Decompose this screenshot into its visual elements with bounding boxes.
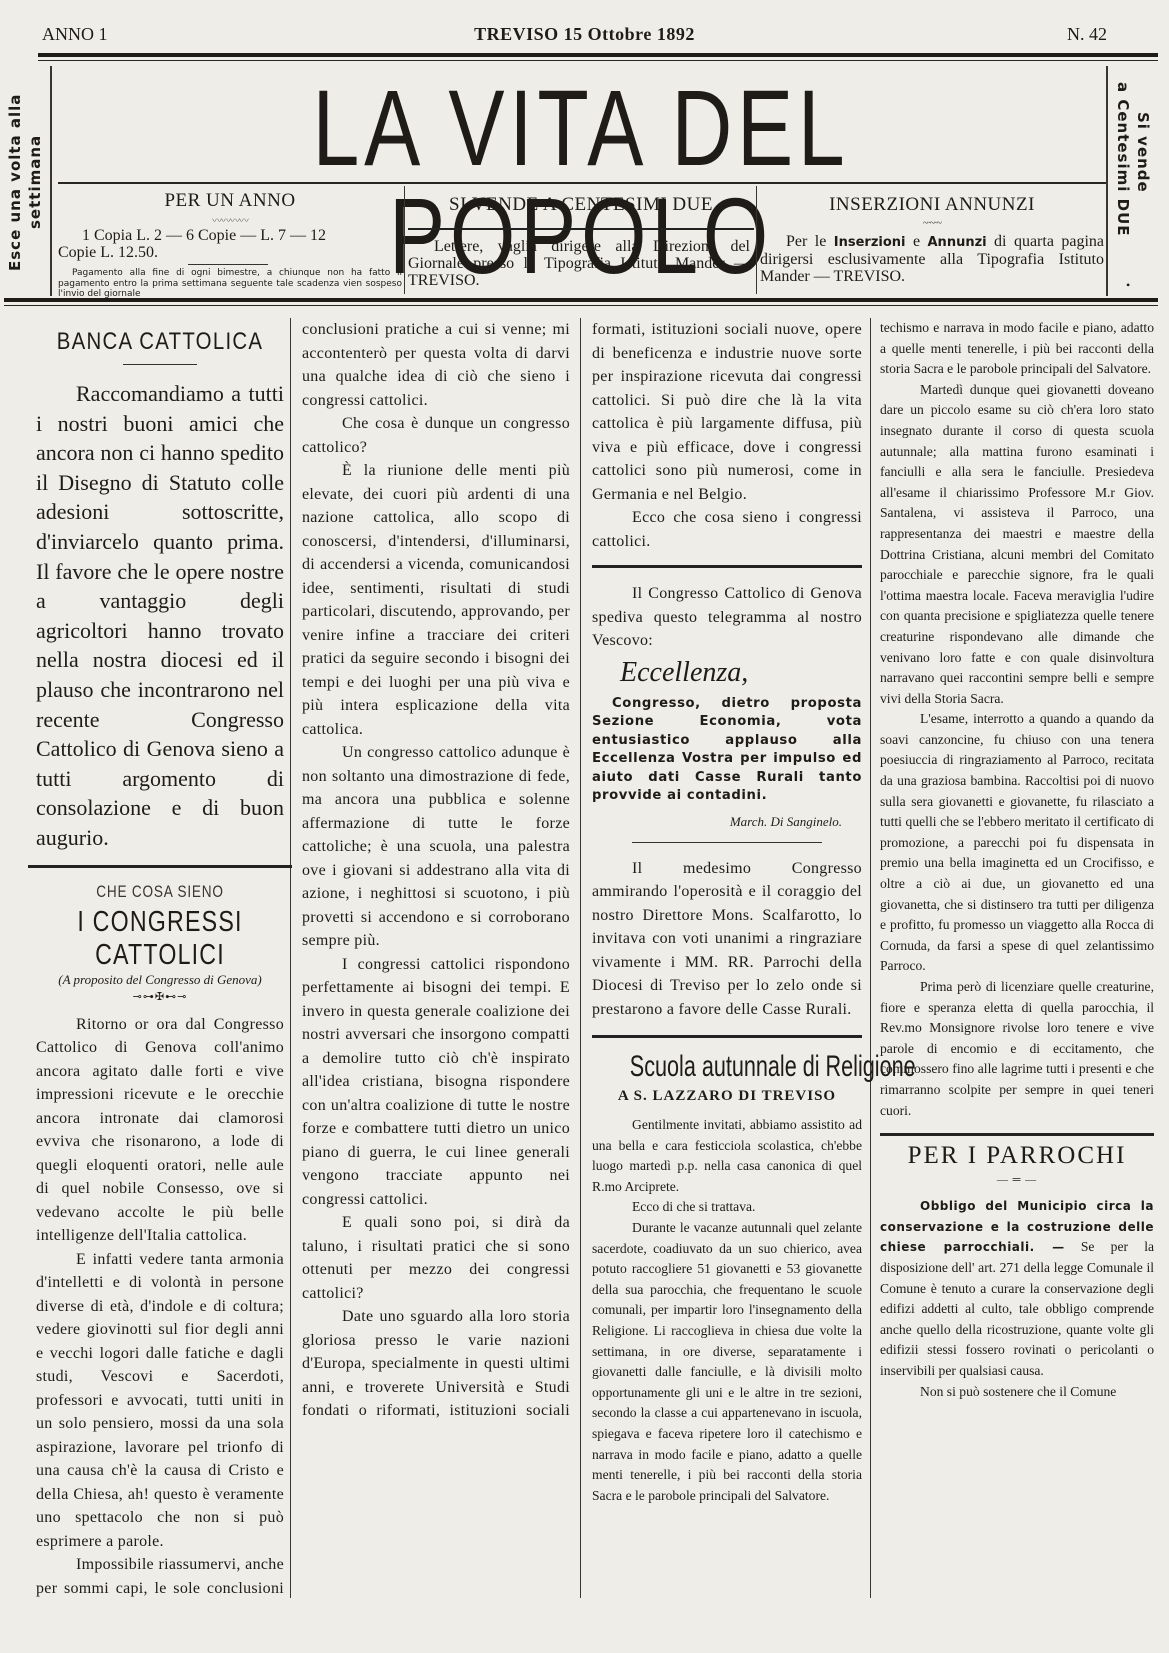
ornament: — ═ — [880,1174,1154,1186]
ads-title: INSERZIONI ANNUNZI [760,194,1104,216]
paragraph: Ecco che cosa sieno i congressi cattolic… [592,506,862,553]
paragraph: E quali sono poi, si dirà da taluno, i r… [302,1211,570,1305]
info-top-rule [58,182,1106,184]
section-rule [880,1133,1154,1136]
paragraph-continued: formati, istituzioni sociali nuove, oper… [592,318,862,506]
column-rule [870,318,871,1598]
issue-number: N. 42 [1067,24,1107,45]
article-body-banca: Raccomandiamo a tutti i nostri buoni ami… [36,379,284,853]
paragraph: Gentilmente invitati, abbiamo assistito … [592,1115,862,1197]
box-divider [404,186,405,294]
column-3: formati, istituzioni sociali nuove, oper… [592,318,862,1548]
telegram-signature: March. Di Sanginelo. [592,814,862,830]
article-title-scuola: Scuola autunnale di Religione [630,1050,824,1084]
article-subtitle-scuola: A S. LAZZARO DI TREVISO [592,1088,862,1105]
paragraph: Obbligo del Municipio circa la conservaz… [880,1196,1154,1381]
price-line-2: Copie L. 12.50. [58,244,402,261]
ads-box: INSERZIONI ANNUNZI ~·~·~ Per le Inserzio… [760,186,1104,296]
telegram-body: Congresso, dietro proposta Sezione Econo… [592,695,862,806]
subscription-title: PER UN ANNO [58,190,402,212]
side-note-left: Esce una volta alla settimana [4,82,50,282]
column-4: techismo e narrava in modo facile e pian… [880,318,1154,1402]
paragraph: Che cosa è dunque un congresso cattolico… [302,412,570,459]
section-rule [592,565,862,568]
paragraph-continued: techismo e narrava in modo facile e pian… [880,318,1154,380]
side-note-right: a Centesimi DUE Si vende • [1112,82,1158,282]
price-text: Lettere, vaglia dirigere alla Direzione … [408,238,754,289]
title-rule [123,364,197,365]
header-bottom-rule [4,298,1158,302]
paragraph: Un congresso cattolico adunque è non sol… [302,741,570,953]
column-rule [580,318,581,1598]
divider [632,842,822,843]
divider [188,264,268,265]
dateline: TREVISO 15 Ottobre 1892 [0,24,1169,45]
paragraph: Date uno sguardo alla loro storia glorio… [302,1305,570,1421]
article-title-parrochi: PER I PARROCHI [880,1142,1154,1170]
ornament: ~·~·~ [760,218,1104,229]
telegram-intro: Il Congresso Cattolico di Genova spediva… [592,582,862,653]
masthead-right-border [1106,66,1108,296]
column-1: BANCA CATTOLICA Raccomandiamo a tutti i … [36,318,284,1600]
article-subtitle: (A proposito del Congresso di Genova) [36,972,284,988]
paragraph: È la riunione delle menti più elevate, d… [302,459,570,741]
paragraph: Durante le vacanze autunnali quel zelant… [592,1218,862,1548]
price-box: SI VENDE A CENTESIMI DUE Lettere, vaglia… [408,186,754,296]
top-rule-thin [38,60,1158,61]
article-kicker: CHE COSA SIENO [61,882,259,902]
paragraph: E infatti vedere tanta armonia d'intelle… [36,1248,284,1554]
article-title-banca: BANCA CATTOLICA [55,328,266,356]
paragraph: I congressi cattolici rispondono perfett… [302,953,570,1212]
paragraph: Ritorno or ora dal Congresso Cattolico d… [36,1013,284,1248]
box-divider [756,186,757,294]
ornament: 〰〰〰〰 [58,212,402,227]
paragraph: Prima però di licenziare quelle creaturi… [880,977,1154,1121]
paragraph-continued: conclusioni pratiche a cui si venne; mi … [302,318,570,412]
paragraph: Non si può sostenere che il Comune [880,1382,1154,1403]
ads-text: Per le Inserzioni e Annunzi di quarta pa… [760,233,1104,285]
paragraph: Martedì dunque quei giovanetti doveano d… [880,380,1154,710]
article-title-congressi: I CONGRESSI CATTOLICI [61,906,259,972]
section-rule [592,1035,862,1038]
masthead-left-border [50,66,52,296]
payment-note: Pagamento alla fine di ogni bimestre, a … [58,268,402,300]
price-line-1: 1 Copia L. 2 — 6 Copie — L. 7 — 12 [58,227,402,244]
header-bottom-rule-thin [4,305,1158,306]
column-2: conclusioni pratiche a cui si venne; mi … [302,318,570,1421]
section-rule [28,865,292,868]
paragraph: L'esame, interrotto a quando a quando da… [880,709,1154,977]
paragraph: Ecco di che si trattava. [592,1197,862,1218]
price-rule [408,228,754,230]
top-rule [38,53,1158,57]
telegram-salutation: Eccellenza, [592,657,862,689]
price-title: SI VENDE A CENTESIMI DUE [408,194,754,216]
column-rule [290,318,291,1598]
paragraph: Il medesimo Congresso ammirando l'operos… [592,857,862,1022]
paragraph: Impossibile riassumervi, anche per sommi… [36,1553,284,1600]
subscription-box: PER UN ANNO 〰〰〰〰 1 Copia L. 2 — 6 Copie … [58,186,402,296]
ornament: ⊸⊶✠⊷⊸ [36,990,284,1003]
